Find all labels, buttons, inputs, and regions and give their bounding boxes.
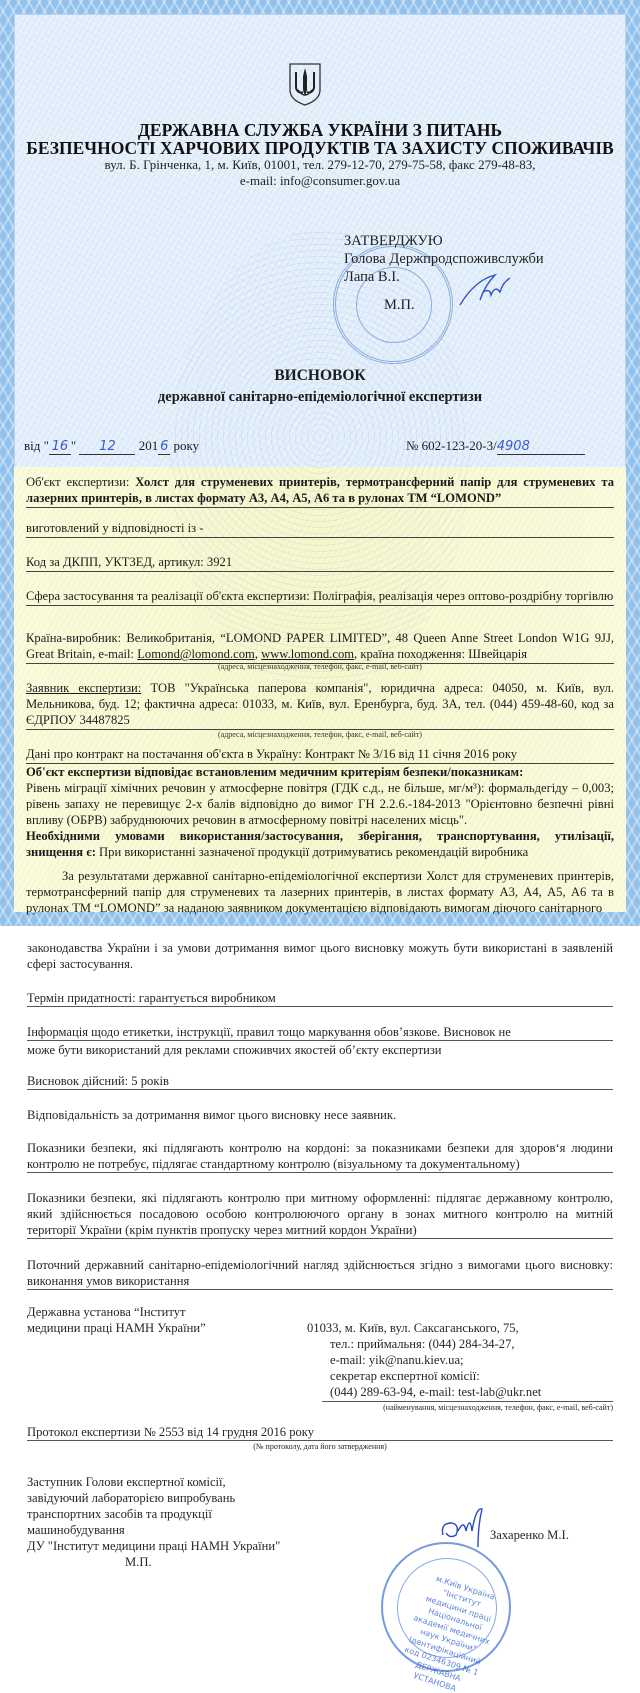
protocol-caption: (№ протоколу, дата його затвердження) [0,1442,640,1452]
agency-name-line1: ДЕРЖАВНА СЛУЖБА УКРАЇНИ З ПИТАНЬ [0,121,640,139]
signer-line4: машинобудування [27,1522,280,1538]
institution-address-block: тел.: приймальня: (044) 284-34-27, e-mai… [330,1336,541,1400]
commission-secretary-contacts: (044) 289-63-94, e-mail: test-lab@ukr.ne… [330,1384,541,1400]
title-sub: державної санітарно-епідеміологічної екс… [0,387,640,407]
title-main: ВИСНОВОК [0,365,640,387]
criteria-text: Рівень міграції хімічних речовин у атмос… [26,781,614,827]
agency-name-line2: БЕЗПЕЧНОСТІ ХАРЧОВИХ ПРОДУКТІВ ТА ЗАХИСТ… [0,139,640,157]
agency-address: вул. Б. Грінченка, 1, м. Київ, 01001, те… [0,157,640,173]
validity: Висновок дійсний: 5 років [27,1073,613,1090]
border-control: Показники безпеки, які підлягають контро… [27,1140,613,1173]
signature-icon [455,270,515,310]
signer-line5: ДУ "Інститут медицини праці НАМН України… [27,1538,280,1554]
object-label: Об'єкт експертизи: [26,475,129,489]
manufacturer-website-link[interactable]: www.lomond.com [261,647,354,661]
signer-line3: транспортних засобів та продукції [27,1506,280,1522]
customs-control: Показники безпеки, які підлягають контро… [27,1190,613,1239]
label-info-line1: Інформація щодо етикетки, інструкції, пр… [27,1024,613,1041]
document-title: ВИСНОВОК державної санітарно-епідеміолог… [0,365,640,407]
applicant-field: Заявник експертизи: ТОВ "Українська папе… [26,680,614,730]
date-day: 16 [49,439,71,455]
institution-address-line1: 01033, м. Київ, вул. Саксаганського, 75, [307,1320,519,1336]
ukraine-trident-emblem-icon [288,62,322,106]
criteria-block: Об'єкт експертизи відповідає встановлени… [26,764,614,861]
label-info-line2: може бути використаний для реклами спожи… [27,1042,613,1058]
signer-stamp-place: М.П. [27,1554,280,1570]
criteria-heading: Об'єкт експертизи відповідає встановлени… [26,765,523,779]
made-according-field: виготовлений у відповідності із - [26,520,614,538]
institution-email: e-mail: yik@nanu.kiev.ua; [330,1352,541,1368]
date-number-line: від "16" 12 2016 року № 602-123-20-3/490… [24,438,616,458]
protocol: Протокол експертизи № 2553 від 14 грудня… [27,1424,613,1441]
code-field: Код за ДКПП, УКТЗЕД, артикул: 3921 [26,554,614,572]
institution-line1: Державна установа “Інститут [27,1304,206,1320]
agency-header: ДЕРЖАВНА СЛУЖБА УКРАЇНИ З ПИТАНЬ БЕЗПЕЧН… [0,121,640,189]
manufacturer-caption: (адреса, місцезнаходження, телефон, факс… [26,662,614,671]
shelf-life: Термін придатності: гарантується виробни… [27,990,613,1007]
date-quote: " [71,438,76,453]
agency-email: e-mail: info@consumer.gov.ua [0,173,640,189]
manufacturer-email-link[interactable]: Lomond@lomond.com [137,647,255,661]
supervision: Поточний державний санітарно-епідеміолог… [27,1257,613,1290]
responsibility: Відповідальність за дотримання вимог цьо… [27,1107,613,1123]
date-year-digit: 6 [158,439,170,455]
signer-line1: Заступник Голови експертної комісії, [27,1474,280,1490]
conclusion-part2: законодавства України і за умови дотрима… [27,940,613,972]
approval-position: Голова Держпродспоживслужби [344,250,544,268]
manufacturer-origin: , країна походження: Швейцарія [354,647,527,661]
object-field: Об'єкт експертизи: Холст для струменевих… [26,474,614,508]
certificate-page-1: ДЕРЖАВНА СЛУЖБА УКРАЇНИ З ПИТАНЬ БЕЗПЕЧН… [0,0,640,926]
applicant-caption: (адреса, місцезнаходження, телефон, факс… [26,730,614,739]
conclusion-part1: За результатами державної санітарно-епід… [26,868,614,917]
institution-caption: (найменування, місцезнаходження, телефон… [330,1403,613,1413]
institution-phone: тел.: приймальня: (044) 284-34-27, [330,1336,541,1352]
doc-number-handwritten: 4908 [497,439,585,455]
contract-field: Дані про контракт на постачання об'єкта … [26,746,614,764]
date-suffix: року [173,438,199,453]
signer-line2: завідуючий лабораторією випробувань [27,1490,280,1506]
signature-icon [438,1505,488,1550]
approval-heading: ЗАТВЕРДЖУЮ [344,232,544,250]
signer-position: Заступник Голови експертної комісії, зав… [27,1474,280,1570]
institution-underline [322,1401,613,1402]
applicant-label: Заявник експертизи: [26,681,141,695]
conditions-text: При використанні зазначеної продукції до… [96,845,528,859]
signer-name: Захаренко М.І. [490,1527,569,1543]
institution-line2: медицини праці НАМН України” [27,1320,206,1336]
date-year-prefix: 201 [139,438,159,453]
date-month: 12 [79,439,135,455]
scope-field: Сфера застосування та реалізації об'єкта… [26,588,614,606]
date-prefix: від " [24,438,49,453]
commission-secretary-label: секретар експертної комісії: [330,1368,541,1384]
doc-number-prefix: № 602-123-20-3/ [406,438,497,453]
institution-name: Державна установа “Інститут медицини пра… [27,1304,206,1336]
manufacturer-field: Країна-виробник: Великобританія, “LOMOND… [26,630,614,664]
